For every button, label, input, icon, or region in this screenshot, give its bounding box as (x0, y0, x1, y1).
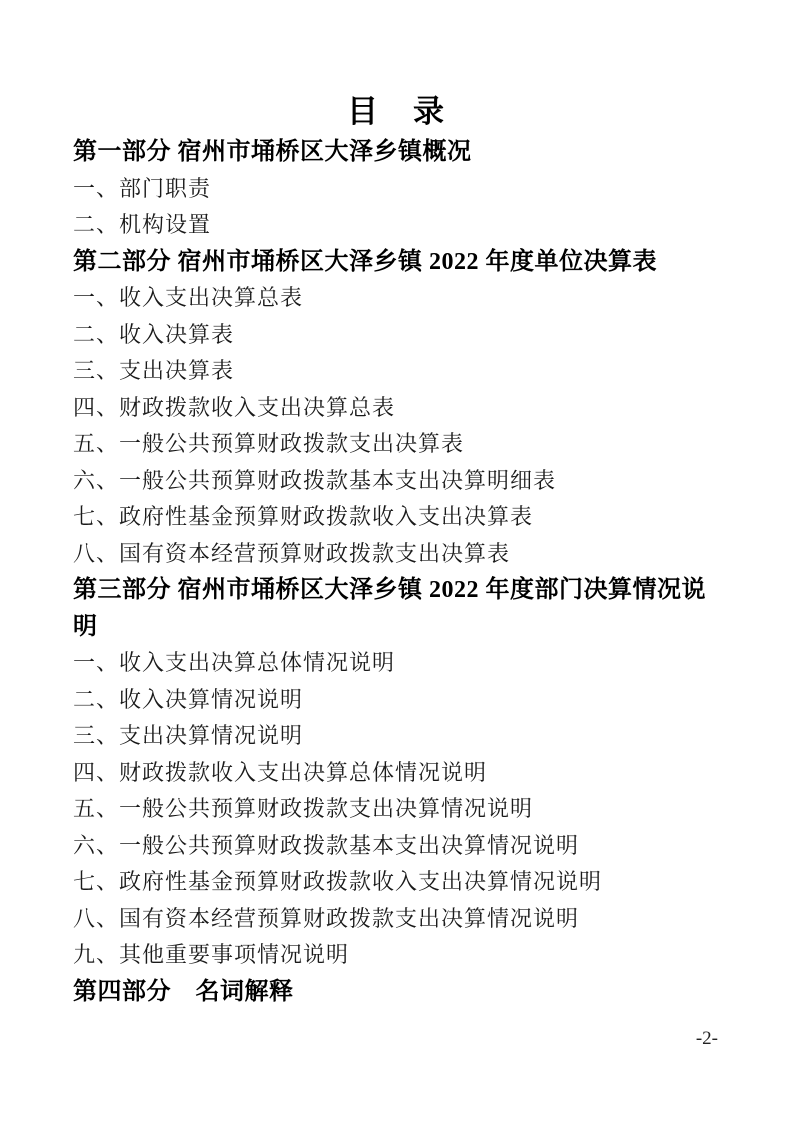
toc-item: 三、支出决算表 (73, 353, 723, 390)
toc-item: 四、财政拨款收入支出决算总体情况说明 (73, 755, 723, 792)
toc-item: 一、收入支出决算总体情况说明 (73, 645, 723, 682)
toc-item: 二、收入决算表 (73, 317, 723, 354)
toc-item: 五、一般公共预算财政拨款支出决算表 (73, 426, 723, 463)
toc-item: 九、其他重要事项情况说明 (73, 937, 723, 974)
toc-item: 三、支出决算情况说明 (73, 718, 723, 755)
toc-item: 八、国有资本经营预算财政拨款支出决算情况说明 (73, 901, 723, 938)
toc-item: 八、国有资本经营预算财政拨款支出决算表 (73, 536, 723, 573)
page-number: -2- (0, 1024, 718, 1054)
toc-section-4-heading: 第四部分 名词解释 (73, 974, 723, 1011)
table-of-contents: 第一部分 宿州市埇桥区大泽乡镇概况 一、部门职责 二、机构设置 第二部分 宿州市… (73, 134, 723, 1010)
toc-item: 四、财政拨款收入支出决算总表 (73, 390, 723, 427)
toc-item: 六、一般公共预算财政拨款基本支出决算明细表 (73, 463, 723, 500)
document-page: 目 录 第一部分 宿州市埇桥区大泽乡镇概况 一、部门职责 二、机构设置 第二部分… (0, 0, 793, 1122)
toc-item: 五、一般公共预算财政拨款支出决算情况说明 (73, 791, 723, 828)
toc-item: 一、收入支出决算总表 (73, 280, 723, 317)
toc-item: 一、部门职责 (73, 171, 723, 208)
toc-item: 六、一般公共预算财政拨款基本支出决算情况说明 (73, 828, 723, 865)
toc-section-3-heading: 第三部分 宿州市埇桥区大泽乡镇 2022 年度部门决算情况说明 (73, 572, 723, 645)
page-title: 目 录 (0, 0, 793, 132)
toc-item: 七、政府性基金预算财政拨款收入支出决算表 (73, 499, 723, 536)
toc-section-2-heading: 第二部分 宿州市埇桥区大泽乡镇 2022 年度单位决算表 (73, 244, 723, 281)
toc-item: 七、政府性基金预算财政拨款收入支出决算情况说明 (73, 864, 723, 901)
toc-item: 二、收入决算情况说明 (73, 682, 723, 719)
toc-item: 二、机构设置 (73, 207, 723, 244)
toc-section-1-heading: 第一部分 宿州市埇桥区大泽乡镇概况 (73, 134, 723, 171)
